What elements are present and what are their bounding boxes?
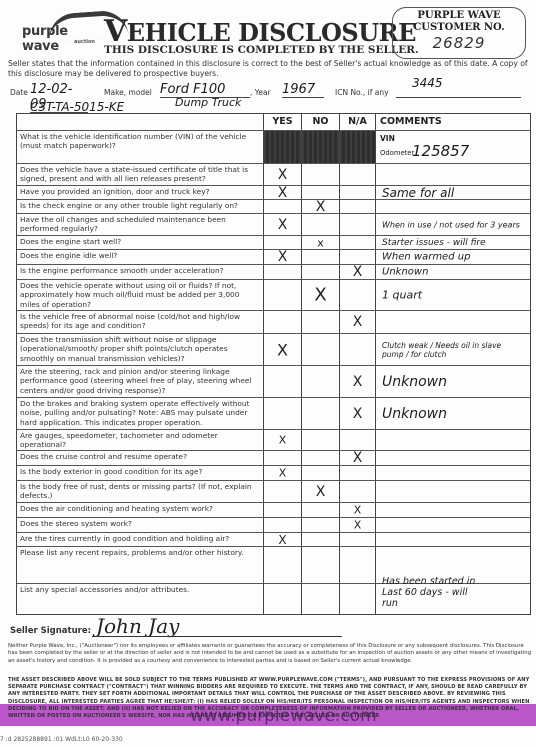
icn-label: ICN No., if any xyxy=(335,88,389,97)
table-row: Does the engine idle well? X When warmed… xyxy=(17,250,530,265)
table-row: Is the engine performance smooth under a… xyxy=(17,265,530,280)
year-field[interactable]: 1967 xyxy=(282,82,324,98)
model-extra: Dump Truck xyxy=(175,96,241,109)
accessories-comment-field[interactable]: Has been started in Last 60 days - will … xyxy=(376,584,530,614)
vin-row: What is the vehicle identification numbe… xyxy=(17,131,530,164)
yes-checkbox[interactable] xyxy=(264,398,302,429)
no-checkbox[interactable] xyxy=(302,503,340,517)
comment-field[interactable]: When in use / not used for 3 years xyxy=(376,214,530,235)
comment-field[interactable]: Starter issues - will fire xyxy=(376,236,530,249)
na-checkbox[interactable] xyxy=(340,334,376,365)
table-row: Are the tires currently in good conditio… xyxy=(17,533,530,547)
table-row: Are gauges, speedometer, tachometer and … xyxy=(17,430,530,451)
question-text: Have you provided an ignition, door and … xyxy=(17,186,264,199)
na-checkbox[interactable] xyxy=(340,186,376,199)
na-checkbox[interactable]: X xyxy=(340,265,376,279)
comment-field[interactable] xyxy=(376,503,530,517)
table-row: Does the transmission shift without nois… xyxy=(17,334,530,366)
question-text: Does the vehicle operate without using o… xyxy=(17,280,264,310)
no-checkbox[interactable] xyxy=(302,164,340,185)
na-checkbox[interactable] xyxy=(340,236,376,249)
comment-field[interactable] xyxy=(376,430,530,450)
question-text: Is the engine performance smooth under a… xyxy=(17,265,264,279)
customer-number-value: 26829 xyxy=(393,34,525,52)
yes-checkbox[interactable] xyxy=(264,503,302,517)
icn-value: 3445 xyxy=(412,76,443,90)
question-text: Have the oil changes and scheduled maint… xyxy=(17,214,264,235)
no-checkbox[interactable]: X xyxy=(302,280,340,310)
no-checkbox[interactable] xyxy=(302,533,340,546)
accessories-yes-cell xyxy=(264,584,302,614)
seller-statement: Seller states that the information conta… xyxy=(8,59,530,79)
year-label: , Year xyxy=(250,88,271,97)
yes-checkbox[interactable] xyxy=(264,200,302,213)
question-text: Does the engine idle well? xyxy=(17,250,264,264)
table-row: Is the vehicle free of abnormal noise (c… xyxy=(17,311,530,334)
ref-code: C3T-TA-5015-KE xyxy=(30,100,124,114)
logo-sub: auction xyxy=(74,39,95,45)
table-row: Have you provided an ignition, door and … xyxy=(17,186,530,200)
na-checkbox[interactable] xyxy=(340,250,376,264)
accessories-na-cell xyxy=(340,584,376,614)
comment-field[interactable]: Same for all xyxy=(376,186,530,199)
na-checkbox[interactable] xyxy=(340,200,376,213)
question-text: Do the brakes and braking system operate… xyxy=(17,398,264,429)
date-label: Date xyxy=(10,88,28,97)
page-subtitle: THIS DISCLOSURE IS COMPLETED BY THE SELL… xyxy=(104,44,419,56)
na-checkbox[interactable]: X xyxy=(340,503,376,517)
history-na-cell xyxy=(340,547,376,583)
blacked-out-cell xyxy=(264,131,302,163)
question-text: Is the body exterior in good condition f… xyxy=(17,466,264,480)
yes-checkbox[interactable]: X xyxy=(264,214,302,235)
table-row: Does the cruise control and resume opera… xyxy=(17,451,530,466)
question-text: Is the check engine or any other trouble… xyxy=(17,200,264,213)
table-row: Have the oil changes and scheduled maint… xyxy=(17,214,530,236)
question-text: Are the steering, rack and pinion and/or… xyxy=(17,366,264,397)
yes-checkbox[interactable]: X xyxy=(264,430,302,450)
na-checkbox[interactable] xyxy=(340,533,376,546)
header-no: NO xyxy=(302,114,340,130)
accessories-row: List any special accessories and/or attr… xyxy=(17,584,530,614)
no-checkbox[interactable]: X xyxy=(302,200,340,213)
yes-checkbox[interactable]: X xyxy=(264,334,302,365)
make-model-label: Make, model xyxy=(104,88,152,97)
yes-checkbox[interactable]: X xyxy=(264,466,302,480)
yes-checkbox[interactable] xyxy=(264,265,302,279)
accessories-label: List any special accessories and/or attr… xyxy=(17,584,264,614)
fax-footer: 7 :d 2825288891 :01 WdLt:L0 60-20-330 xyxy=(0,736,536,743)
banner-website: www.purplewave.com xyxy=(190,706,377,726)
disclosure-table: YES NO N/A COMMENTS What is the vehicle … xyxy=(16,113,531,615)
header-question xyxy=(17,114,264,130)
vin-label: VIN xyxy=(380,134,395,143)
comment-field[interactable] xyxy=(376,481,530,502)
table-row: Is the check engine or any other trouble… xyxy=(17,200,530,214)
question-text: Does the cruise control and resume opera… xyxy=(17,451,264,465)
table-row: Is the body free of rust, dents or missi… xyxy=(17,481,530,503)
comment-field[interactable]: Clutch weak / Needs oil in slave pump / … xyxy=(376,334,530,365)
no-checkbox[interactable] xyxy=(302,311,340,333)
na-checkbox[interactable]: X xyxy=(340,366,376,397)
question-text: Are gauges, speedometer, tachometer and … xyxy=(17,430,264,450)
vin-comment-cell: VIN Odometer 125857 xyxy=(376,131,530,163)
icn-field[interactable] xyxy=(396,92,521,98)
comment-field[interactable] xyxy=(376,311,530,333)
header-na: N/A xyxy=(340,114,376,130)
yes-checkbox[interactable] xyxy=(264,518,302,532)
question-text: What is the vehicle identification numbe… xyxy=(17,131,264,163)
comment-field[interactable] xyxy=(376,518,530,532)
history-no-cell xyxy=(302,547,340,583)
comment-field[interactable]: Unknown xyxy=(376,398,530,429)
comment-field[interactable]: Unknown xyxy=(376,265,530,279)
comment-field[interactable] xyxy=(376,164,530,185)
vehicle-fields: Date 12-02-09 Make, model Ford F100 Dump… xyxy=(10,82,530,114)
table-row: Is the body exterior in good condition f… xyxy=(17,466,530,481)
accessories-comment: Has been started in Last 60 days - will … xyxy=(382,576,475,609)
blacked-out-cell xyxy=(302,131,340,163)
yes-checkbox[interactable] xyxy=(264,280,302,310)
question-text: Does the air conditioning and heating sy… xyxy=(17,503,264,517)
no-checkbox[interactable]: X xyxy=(302,481,340,502)
no-checkbox[interactable] xyxy=(302,186,340,199)
signature-scrawl: John Jay xyxy=(96,614,179,638)
customer-number-box: PURPLE WAVE CUSTOMER NO. 26829 xyxy=(392,7,526,59)
table-row: Does the vehicle operate without using o… xyxy=(17,280,530,311)
na-checkbox[interactable] xyxy=(340,164,376,185)
history-yes-cell xyxy=(264,547,302,583)
na-checkbox[interactable] xyxy=(340,481,376,502)
comment-field[interactable] xyxy=(376,533,530,546)
comment-field[interactable]: 1 quart xyxy=(376,280,530,310)
question-text: Is the body free of rust, dents or missi… xyxy=(17,481,264,502)
no-checkbox[interactable] xyxy=(302,366,340,397)
yes-checkbox[interactable]: X xyxy=(264,250,302,264)
purple-wave-logo: purple wave auction xyxy=(18,12,106,46)
table-row: Do the brakes and braking system operate… xyxy=(17,398,530,430)
comment-field[interactable] xyxy=(376,466,530,480)
no-checkbox[interactable] xyxy=(302,334,340,365)
yes-checkbox[interactable] xyxy=(264,236,302,249)
na-checkbox[interactable] xyxy=(340,466,376,480)
table-row: Are the steering, rack and pinion and/or… xyxy=(17,366,530,398)
na-checkbox[interactable] xyxy=(340,214,376,235)
no-checkbox[interactable] xyxy=(302,398,340,429)
question-text: Does the engine start well? xyxy=(17,236,264,249)
no-checkbox[interactable] xyxy=(302,214,340,235)
question-text: Does the transmission shift without nois… xyxy=(17,334,264,365)
blacked-out-cell xyxy=(340,131,376,163)
question-text: Does the stereo system work? xyxy=(17,518,264,532)
header-yes: YES xyxy=(264,114,302,130)
no-checkbox[interactable] xyxy=(302,518,340,532)
header-comments: COMMENTS xyxy=(376,114,530,130)
signature-label: Seller Signature: xyxy=(10,626,91,636)
comment-field[interactable] xyxy=(376,451,530,465)
na-checkbox[interactable]: X xyxy=(340,451,376,465)
table-row: Does the air conditioning and heating sy… xyxy=(17,503,530,518)
yes-checkbox[interactable] xyxy=(264,311,302,333)
history-label: Please list any recent repairs, problems… xyxy=(17,547,264,583)
disclosure-page: purple wave auction VEHICLE DISCLOSURE T… xyxy=(0,0,536,747)
odometer-value[interactable]: 125857 xyxy=(412,142,469,160)
yes-checkbox[interactable]: X xyxy=(264,186,302,199)
table-header: YES NO N/A COMMENTS xyxy=(17,114,530,131)
no-checkbox[interactable] xyxy=(302,466,340,480)
na-checkbox[interactable]: X xyxy=(340,311,376,333)
comment-field[interactable]: Unknown xyxy=(376,366,530,397)
customer-number-label-2: CUSTOMER NO. xyxy=(393,22,525,34)
comment-field[interactable]: When warmed up xyxy=(376,250,530,264)
yes-checkbox[interactable] xyxy=(264,366,302,397)
no-checkbox[interactable]: x xyxy=(302,236,340,249)
yes-checkbox[interactable] xyxy=(264,481,302,502)
yes-checkbox[interactable]: X xyxy=(264,533,302,546)
na-checkbox[interactable]: X xyxy=(340,518,376,532)
na-checkbox[interactable] xyxy=(340,430,376,450)
no-checkbox[interactable] xyxy=(302,265,340,279)
table-row: Does the engine start well? x Starter is… xyxy=(17,236,530,250)
na-checkbox[interactable]: X xyxy=(340,398,376,429)
yes-checkbox[interactable]: X xyxy=(264,164,302,185)
question-text: Does the vehicle have a state-issued cer… xyxy=(17,164,264,185)
question-text: Are the tires currently in good conditio… xyxy=(17,533,264,546)
no-checkbox[interactable] xyxy=(302,430,340,450)
odometer-label: Odometer xyxy=(380,149,414,157)
yes-checkbox[interactable] xyxy=(264,451,302,465)
table-row: Does the stereo system work? X xyxy=(17,518,530,533)
no-checkbox[interactable] xyxy=(302,451,340,465)
accessories-no-cell xyxy=(302,584,340,614)
signature-line[interactable] xyxy=(92,636,342,637)
no-checkbox[interactable] xyxy=(302,250,340,264)
table-row: Does the vehicle have a state-issued cer… xyxy=(17,164,530,186)
comment-field[interactable] xyxy=(376,200,530,213)
customer-number-label-1: PURPLE WAVE xyxy=(393,10,525,22)
disclaimer-text: Neither Purple Wave, Inc., ("Auctioneer"… xyxy=(8,643,532,665)
question-text: Is the vehicle free of abnormal noise (c… xyxy=(17,311,264,333)
na-checkbox[interactable] xyxy=(340,280,376,310)
